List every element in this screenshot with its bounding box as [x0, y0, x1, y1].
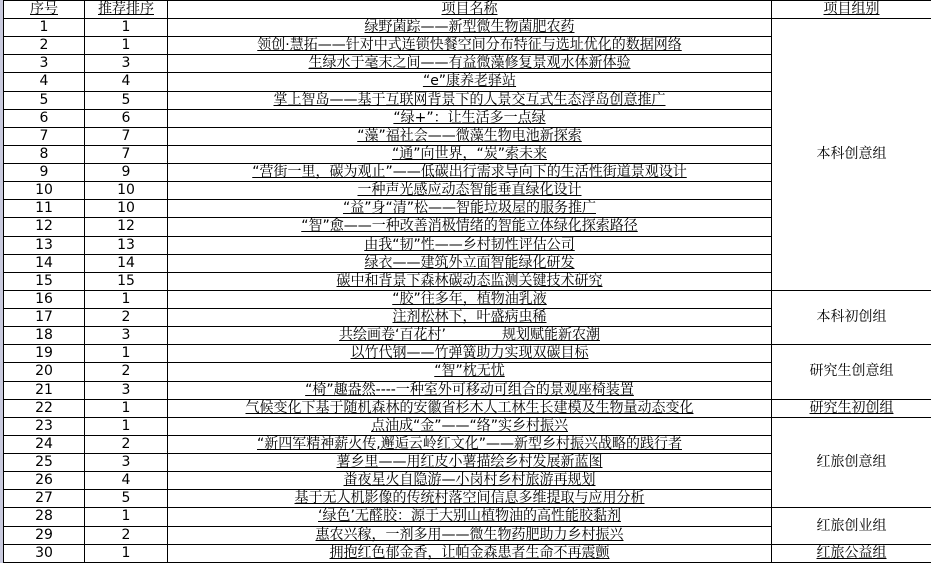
- projects-table: 序号 推荐排序 项目名称 项目组别 11绿野菌踪——新型微生物菌肥农药本科创意组…: [3, 0, 931, 563]
- recommend-rank-cell: 12: [85, 218, 168, 236]
- serial-number-cell: 15: [4, 272, 85, 290]
- project-name-cell: 一种声光感应动态智能垂直绿化设计: [168, 182, 772, 200]
- table-row: 161“胶”往多年，植物油乳液本科初创组: [4, 290, 931, 308]
- recommend-rank-cell: 1: [85, 508, 168, 526]
- project-name-cell: 拥抱红色郁金香，让帕金森患者生命不再震颤: [168, 544, 772, 562]
- serial-number-cell: 17: [4, 309, 85, 327]
- project-group-cell: 研究生初创组: [772, 399, 931, 417]
- table-body: 11绿野菌踪——新型微生物菌肥农药本科创意组21领创·慧拓——针对中式连锁快餐空…: [4, 19, 931, 563]
- recommend-rank-cell: 10: [85, 200, 168, 218]
- project-name-cell: 薯乡里——用红皮小薯描绘乡村发展新蓝图: [168, 454, 772, 472]
- recommend-rank-cell: 14: [85, 254, 168, 272]
- serial-number-cell: 22: [4, 399, 85, 417]
- serial-number-cell: 21: [4, 381, 85, 399]
- serial-number-cell: 28: [4, 508, 85, 526]
- project-name-cell: “智”枕无忧: [168, 363, 772, 381]
- recommend-rank-cell: 2: [85, 363, 168, 381]
- serial-number-cell: 4: [4, 73, 85, 91]
- table-row: 11绿野菌踪——新型微生物菌肥农药本科创意组: [4, 19, 931, 37]
- serial-number-cell: 5: [4, 91, 85, 109]
- project-name-cell: ‘绿色’无醛胶：源于大别山植物油的高性能胶黏剂: [168, 508, 772, 526]
- project-group-cell: 研究生创意组: [772, 345, 931, 399]
- serial-number-cell: 27: [4, 490, 85, 508]
- serial-number-cell: 12: [4, 218, 85, 236]
- recommend-rank-cell: 13: [85, 236, 168, 254]
- project-name-cell: 以竹代钢——竹弹簧助力实现双碳目标: [168, 345, 772, 363]
- recommend-rank-cell: 3: [85, 55, 168, 73]
- serial-number-cell: 23: [4, 417, 85, 435]
- project-name-cell: “胶”往多年，植物油乳液: [168, 290, 772, 308]
- project-group-cell: 红旅公益组: [772, 544, 931, 562]
- serial-number-cell: 20: [4, 363, 85, 381]
- header-serial-number: 序号: [4, 1, 85, 19]
- serial-number-cell: 2: [4, 37, 85, 55]
- serial-number-cell: 25: [4, 454, 85, 472]
- recommend-rank-cell: 4: [85, 472, 168, 490]
- project-name-cell: 共绘画卷‘百花村’ 规划赋能新农潮: [168, 327, 772, 345]
- project-name-cell: 由我“韧”性——乡村韧性评估公司: [168, 236, 772, 254]
- spreadsheet-page: 序号 推荐排序 项目名称 项目组别 11绿野菌踪——新型微生物菌肥农药本科创意组…: [0, 0, 931, 563]
- serial-number-cell: 14: [4, 254, 85, 272]
- serial-number-cell: 26: [4, 472, 85, 490]
- table-row: 281‘绿色’无醛胶：源于大别山植物油的高性能胶黏剂红旅创业组: [4, 508, 931, 526]
- recommend-rank-cell: 1: [85, 290, 168, 308]
- serial-number-cell: 3: [4, 55, 85, 73]
- serial-number-cell: 9: [4, 164, 85, 182]
- serial-number-cell: 29: [4, 526, 85, 544]
- recommend-rank-cell: 5: [85, 490, 168, 508]
- project-name-cell: 碳中和背景下森林碳动态监测关键技术研究: [168, 272, 772, 290]
- project-name-cell: 惠农兴稼，一剂多用——微生物药肥助力乡村振兴: [168, 526, 772, 544]
- recommend-rank-cell: 9: [85, 164, 168, 182]
- project-name-cell: “藻”福社会——微藻生物电池新探索: [168, 127, 772, 145]
- serial-number-cell: 16: [4, 290, 85, 308]
- recommend-rank-cell: 5: [85, 91, 168, 109]
- project-group-cell: 本科创意组: [772, 19, 931, 291]
- recommend-rank-cell: 2: [85, 309, 168, 327]
- recommend-rank-cell: 3: [85, 381, 168, 399]
- project-name-cell: “益”身“清”松——智能垃圾屋的服务推广: [168, 200, 772, 218]
- serial-number-cell: 19: [4, 345, 85, 363]
- project-name-cell: 领创·慧拓——针对中式连锁快餐空间分布特征与选址优化的数据网络: [168, 37, 772, 55]
- serial-number-cell: 1: [4, 19, 85, 37]
- recommend-rank-cell: 10: [85, 182, 168, 200]
- recommend-rank-cell: 2: [85, 435, 168, 453]
- recommend-rank-cell: 1: [85, 19, 168, 37]
- recommend-rank-cell: 1: [85, 544, 168, 562]
- serial-number-cell: 8: [4, 145, 85, 163]
- header-row: 序号 推荐排序 项目名称 项目组别: [4, 1, 931, 19]
- serial-number-cell: 11: [4, 200, 85, 218]
- project-name-cell: 畨夜星火自隐游—小岗村乡村旅游再规划: [168, 472, 772, 490]
- recommend-rank-cell: 1: [85, 37, 168, 55]
- project-name-cell: 生绿水于毫末之间——有益微藻修复景观水体新体验: [168, 55, 772, 73]
- header-project-name: 项目名称: [168, 1, 772, 19]
- header-recommend-rank: 推荐排序: [85, 1, 168, 19]
- recommend-rank-cell: 4: [85, 73, 168, 91]
- recommend-rank-cell: 1: [85, 417, 168, 435]
- recommend-rank-cell: 1: [85, 345, 168, 363]
- table-row: 191以竹代钢——竹弹簧助力实现双碳目标研究生创意组: [4, 345, 931, 363]
- recommend-rank-cell: 6: [85, 109, 168, 127]
- table-row: 231点油成“金”——“络”实乡村振兴红旅创意组: [4, 417, 931, 435]
- project-name-cell: “e”康养老驿站: [168, 73, 772, 91]
- recommend-rank-cell: 2: [85, 526, 168, 544]
- serial-number-cell: 13: [4, 236, 85, 254]
- serial-number-cell: 10: [4, 182, 85, 200]
- project-group-cell: 红旅创意组: [772, 417, 931, 508]
- project-group-cell: 红旅创业组: [772, 508, 931, 544]
- project-name-cell: 气候变化下基于随机森林的安徽省杉木人工林生长建模及生物量动态变化: [168, 399, 772, 417]
- project-name-cell: “绿+”：让生活多一点绿: [168, 109, 772, 127]
- table-row: 221气候变化下基于随机森林的安徽省杉木人工林生长建模及生物量动态变化研究生初创…: [4, 399, 931, 417]
- project-name-cell: 基于无人机影像的传统村落空间信息多维提取与应用分析: [168, 490, 772, 508]
- recommend-rank-cell: 7: [85, 127, 168, 145]
- project-group-cell: 本科初创组: [772, 290, 931, 344]
- table-row: 301拥抱红色郁金香，让帕金森患者生命不再震颤红旅公益组: [4, 544, 931, 562]
- project-name-cell: “智”愈——一种改善消极情绪的智能立体绿化探索路径: [168, 218, 772, 236]
- project-name-cell: 绿衣——建筑外立面智能绿化研发: [168, 254, 772, 272]
- serial-number-cell: 24: [4, 435, 85, 453]
- recommend-rank-cell: 1: [85, 399, 168, 417]
- serial-number-cell: 6: [4, 109, 85, 127]
- project-name-cell: 绿野菌踪——新型微生物菌肥农药: [168, 19, 772, 37]
- recommend-rank-cell: 7: [85, 145, 168, 163]
- recommend-rank-cell: 3: [85, 454, 168, 472]
- project-name-cell: 点油成“金”——“络”实乡村振兴: [168, 417, 772, 435]
- project-name-cell: 注剂松林下，叶盛病虫稀: [168, 309, 772, 327]
- project-name-cell: “新四军精神薪火传,邂逅云岭红文化”——新型乡村振兴战略的践行者: [168, 435, 772, 453]
- serial-number-cell: 18: [4, 327, 85, 345]
- project-name-cell: “营街一里，碳为观止”——低碳出行需求导向下的生活性街道景观设计: [168, 164, 772, 182]
- project-name-cell: 掌上智岛——基于互联网背景下的人景交互式生态浮岛创意推广: [168, 91, 772, 109]
- project-name-cell: “通”向世界，“炭”索未来: [168, 145, 772, 163]
- serial-number-cell: 30: [4, 544, 85, 562]
- serial-number-cell: 7: [4, 127, 85, 145]
- recommend-rank-cell: 15: [85, 272, 168, 290]
- header-project-group: 项目组别: [772, 1, 931, 19]
- project-name-cell: “椅”趣盎然----一种室外可移动可组合的景观座椅装置: [168, 381, 772, 399]
- recommend-rank-cell: 3: [85, 327, 168, 345]
